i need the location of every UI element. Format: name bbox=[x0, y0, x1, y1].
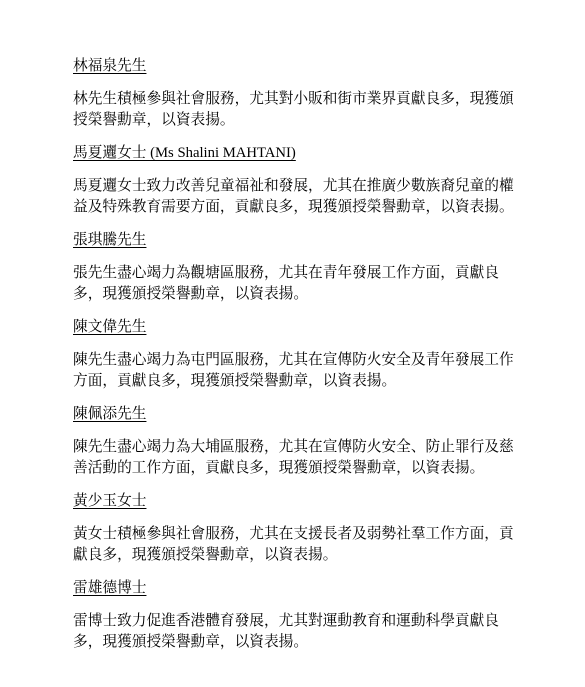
document-page: 林福泉先生 林先生積極參與社會服務，尤其對小販和街市業界貢獻良多，現獲頒授榮譽勳… bbox=[0, 0, 585, 687]
honoree-entry: 馬夏邐女士 (Ms Shalini MAHTANI) 馬夏邐女士致力改善兒童福祉… bbox=[73, 143, 515, 218]
honoree-citation: 雷博士致力促進香港體育發展，尤其對運動教育和運動科學貢獻良多，現獲頒授榮譽勳章，… bbox=[73, 611, 514, 653]
honoree-entry: 黃少玉女士 黃女士積極參與社會服務，尤其在支援長者及弱勢社羣工作方面，貢獻良多，… bbox=[73, 491, 515, 566]
honoree-citation: 黃女士積極參與社會服務，尤其在支援長者及弱勢社羣工作方面，貢獻良多，現獲頒授榮譽… bbox=[73, 524, 514, 566]
honoree-citation: 馬夏邐女士致力改善兒童福祉和發展，尤其在推廣少數族裔兒童的權益及特殊教育需要方面… bbox=[73, 176, 514, 218]
honoree-citation: 陳先生盡心竭力為屯門區服務，尤其在宣傳防火安全及青年發展工作方面，貢獻良多，現獲… bbox=[73, 350, 514, 392]
honoree-entry: 林福泉先生 林先生積極參與社會服務，尤其對小販和街市業界貢獻良多，現獲頒授榮譽勳… bbox=[73, 56, 515, 131]
honoree-name: 陳佩添先生 bbox=[73, 404, 515, 425]
honoree-name: 林福泉先生 bbox=[73, 56, 515, 77]
honoree-name: 張琪騰先生 bbox=[73, 230, 515, 251]
honoree-name: 雷雄德博士 bbox=[73, 578, 515, 599]
honoree-name: 黃少玉女士 bbox=[73, 491, 515, 512]
honoree-entry: 陳佩添先生 陳先生盡心竭力為大埔區服務，尤其在宣傳防火安全、防止罪行及慈善活動的… bbox=[73, 404, 515, 479]
honoree-entry: 雷雄德博士 雷博士致力促進香港體育發展，尤其對運動教育和運動科學貢獻良多，現獲頒… bbox=[73, 578, 515, 653]
honoree-name: 陳文偉先生 bbox=[73, 317, 515, 338]
honoree-entry: 陳文偉先生 陳先生盡心竭力為屯門區服務，尤其在宣傳防火安全及青年發展工作方面，貢… bbox=[73, 317, 515, 392]
honoree-citation: 陳先生盡心竭力為大埔區服務，尤其在宣傳防火安全、防止罪行及慈善活動的工作方面，貢… bbox=[73, 437, 514, 479]
honoree-citation: 林先生積極參與社會服務，尤其對小販和街市業界貢獻良多，現獲頒授榮譽勳章，以資表揚… bbox=[73, 89, 514, 131]
honoree-entry: 張琪騰先生 張先生盡心竭力為觀塘區服務，尤其在青年發展工作方面，貢獻良多，現獲頒… bbox=[73, 230, 515, 305]
honoree-name: 馬夏邐女士 (Ms Shalini MAHTANI) bbox=[73, 143, 515, 164]
honoree-citation: 張先生盡心竭力為觀塘區服務，尤其在青年發展工作方面，貢獻良多，現獲頒授榮譽勳章，… bbox=[73, 263, 514, 305]
